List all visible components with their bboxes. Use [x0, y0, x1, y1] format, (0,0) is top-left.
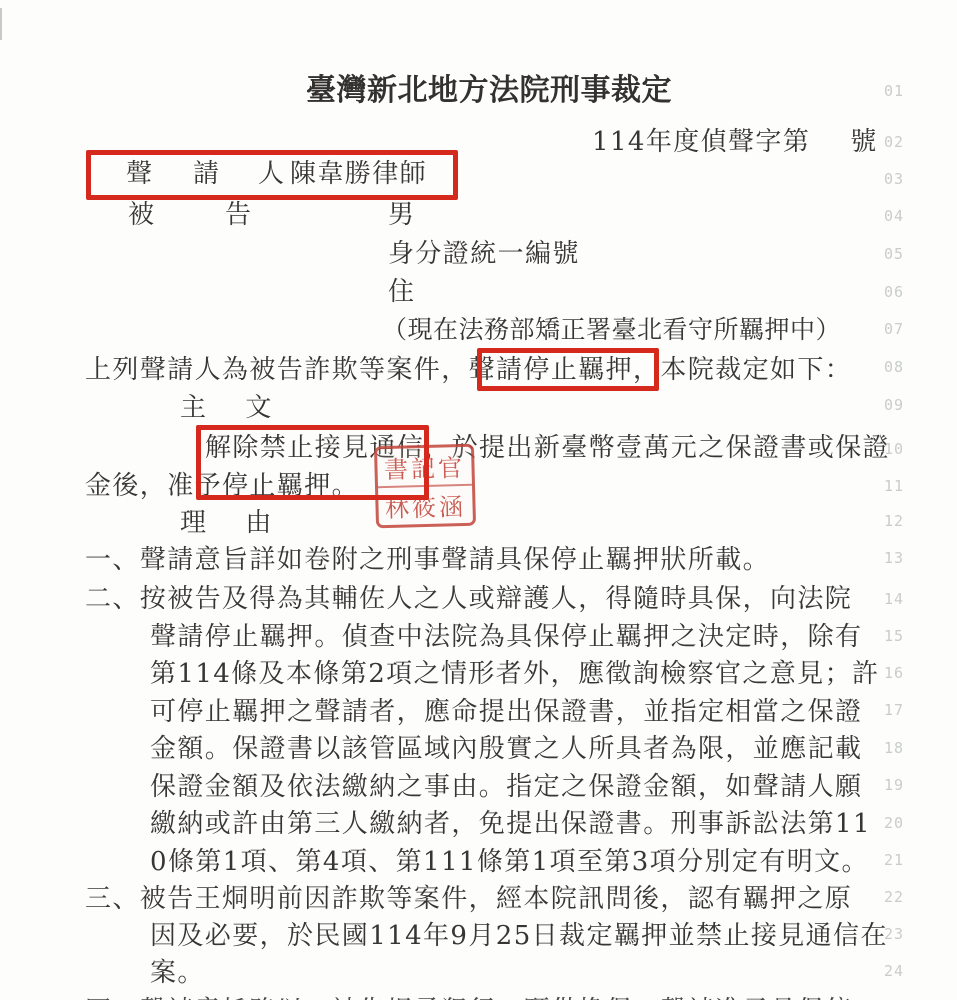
- document-title: 臺灣新北地方法院刑事裁定: [306, 74, 672, 109]
- defendant-gender: 男: [388, 201, 415, 231]
- line-number: 09: [884, 396, 904, 414]
- applicant-name: 陳韋勝律師: [290, 160, 427, 190]
- line-number: 24: [884, 962, 904, 980]
- reason-line: 二、按被告及得為其輔佐人之人或辯護人，得隨時具保，向法院: [85, 585, 852, 615]
- ruling-line-1: 解除禁止接見通信，於提出新臺幣壹萬元之保證書或保證: [205, 434, 890, 464]
- reason-line: 一、聲請意旨詳如卷附之刑事聲請具保停止羈押狀所載。: [85, 546, 770, 576]
- reason-line: 0條第1項、第4項、第111條第1項至第3項分別定有明文。: [150, 848, 869, 878]
- line-number: 08: [884, 358, 904, 376]
- line-number: 05: [884, 245, 904, 263]
- heading-char: 理: [180, 508, 207, 538]
- scan-edge-artifact: [0, 8, 2, 40]
- line-number: 02: [884, 133, 904, 151]
- defendant-label-char: 告: [225, 201, 252, 231]
- line-number: 07: [884, 320, 904, 338]
- applicant-label-char: 聲: [126, 160, 153, 190]
- line-number: 12: [884, 512, 904, 530]
- line-number: 10: [884, 440, 904, 458]
- clerk-stamp-title: 書記官: [377, 447, 472, 488]
- ruling-line-2: 金後，准予停止羈押。: [85, 472, 359, 502]
- truncated-bottom-line: 四、聲請意旨略以：被告坦承犯行，願供擔保，聲請准予具保停: [85, 990, 852, 1000]
- reason-line: 因及必要，於民國114年9月25日裁定羈押並禁止接見通信在: [150, 922, 888, 952]
- line-number: 15: [884, 627, 904, 645]
- case-number-suffix: 號: [850, 127, 877, 157]
- reason-line: 保證金額及依法繳納之事由。指定之保證金額，如聲請人願: [150, 773, 862, 803]
- line-number: 17: [884, 701, 904, 719]
- applicant-label-char: 人: [258, 160, 285, 190]
- line-number: 19: [884, 776, 904, 794]
- reason-line: 三、被告王烔明前因詐欺等案件，經本院訊問後，認有羈押之原: [85, 885, 852, 915]
- main-text-heading: 主文: [180, 394, 273, 424]
- line-number: 11: [884, 477, 904, 495]
- line-number: 18: [884, 739, 904, 757]
- heading-char: 文: [245, 393, 272, 423]
- clerk-stamp-name: 林筱涵: [378, 486, 473, 525]
- applicant-label-char: 請: [193, 160, 220, 190]
- heading-char: 由: [245, 508, 272, 538]
- defendant-address-label: 住: [388, 278, 415, 308]
- reason-line: 案。: [150, 959, 205, 989]
- reason-line: 第114條及本條第2項之情形者外，應徵詢檢察官之意見；許: [150, 660, 879, 690]
- reason-line: 繳納或許由第三人繳納者，免提出保證書。刑事訴訟法第11: [150, 810, 871, 840]
- line-number: 22: [884, 888, 904, 906]
- clerk-stamp: 書記官 林筱涵: [374, 444, 476, 529]
- line-number: 14: [884, 590, 904, 608]
- defendant-custody-note: （現在法務部矯正署臺北看守所羈押中）: [382, 316, 841, 345]
- reason-line: 金額。保證書以該管區域內殷實之人所具者為限，並應記載: [150, 735, 862, 765]
- line-number: 03: [884, 170, 904, 188]
- line-number: 23: [884, 925, 904, 943]
- line-number: 13: [884, 549, 904, 567]
- reason-line: 聲請停止羈押。偵查中法院為具保停止羈押之決定時，除有: [150, 623, 862, 653]
- reason-line: 可停止羈押之聲請者，應命提出保證書，並指定相當之保證: [150, 698, 862, 728]
- line-number: 06: [884, 283, 904, 301]
- case-number: 114年度偵聲字第號: [592, 128, 878, 158]
- preamble-line: 上列聲請人為被告詐欺等案件，聲請停止羈押，本院裁定如下：: [85, 356, 852, 386]
- heading-char: 主: [180, 393, 207, 423]
- line-number: 21: [884, 851, 904, 869]
- line-number: 01: [884, 82, 904, 100]
- line-number: 16: [884, 664, 904, 682]
- case-number-prefix: 114年度偵聲字第: [592, 127, 810, 157]
- scanned-court-document: 臺灣新北地方法院刑事裁定 114年度偵聲字第號 聲 請 人 陳韋勝律師 被 告 …: [0, 0, 957, 1000]
- line-number: 20: [884, 814, 904, 832]
- line-number: 04: [884, 207, 904, 225]
- defendant-id-label: 身分證統一編號: [388, 240, 580, 270]
- reason-heading: 理由: [180, 509, 273, 539]
- defendant-label-char: 被: [128, 201, 155, 231]
